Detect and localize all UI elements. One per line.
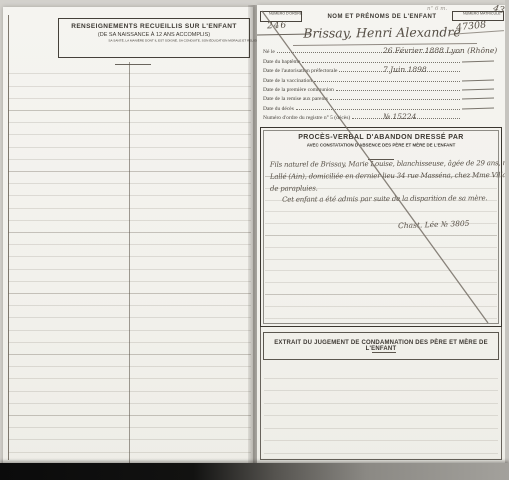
field-row-vaccination: Date de la vaccination [263, 74, 500, 83]
proces-verbal-title: PROCÈS-VERBAL D'ABANDON DRESSÉ PAR [261, 134, 501, 141]
left-page: RENSEIGNEMENTS RECUEILLIS SUR L'ENFANT (… [3, 7, 253, 464]
left-header-note: SA SANTÉ, LA MANIÈRE DONT IL EST SOIGNÉ,… [108, 39, 199, 42]
order-number-value: 246 [267, 21, 288, 32]
dotted-leader [296, 108, 460, 110]
dotted-leader [314, 80, 460, 82]
field-row-deces: Date du décès [263, 102, 500, 111]
left-header-box: RENSEIGNEMENTS RECUEILLIS SUR L'ENFANT (… [58, 18, 250, 58]
field-row-communion: Date de la première communion [263, 84, 500, 93]
right-page: NUMÉRO D'ORDRE 246 NOM ET PRÉNOMS DE L'E… [257, 5, 505, 464]
child-name-label: NOM ET PRÉNOMS DE L'ENFANT [307, 14, 457, 20]
corner-annotation: n° 6 m. [427, 6, 447, 12]
field-row-bapteme: Date du baptême [263, 55, 500, 64]
form-fields: Né le 26 Février 1888 Lyon (Rhône) Date … [263, 46, 500, 121]
field-row-birth: Né le 26 Février 1888 Lyon (Rhône) [263, 46, 500, 55]
ruled-lines-area [264, 366, 498, 456]
handwriting-line: Cet enfant a été admis par suite de la d… [270, 194, 496, 207]
proces-verbal-handwriting: Fils naturel de Brissay, Marie Louise, b… [270, 158, 496, 207]
ruled-lines-area [8, 62, 251, 466]
dotted-leader [330, 98, 460, 100]
empty-dash [462, 79, 494, 81]
field-row-remise: Date de la remise aux parents [263, 93, 500, 102]
proces-verbal-subtitle: AVEC CONSTATATION D'ABSENCE DES PÈRE ET … [299, 143, 462, 148]
left-header-title: RENSEIGNEMENTS RECUEILLIS SUR L'ENFANT [59, 23, 249, 30]
field-row-registre: Numéro d'ordre du registre n° 5 (décès) … [263, 112, 500, 121]
order-number-label: NUMÉRO D'ORDRE [269, 12, 293, 16]
scan-right-edge [505, 0, 509, 480]
scan-bottom-shadow [0, 463, 509, 480]
field-value: 26 Février 1888 Lyon (Rhône) [383, 46, 501, 55]
dotted-leader [302, 61, 460, 63]
divider-flourish [372, 352, 396, 353]
empty-dash [462, 60, 494, 62]
extrait-box: EXTRAIT DU JUGEMENT DE CONDAMNATION DES … [263, 332, 499, 360]
corner-page-number: 43 [492, 4, 505, 16]
field-value: 7 Juin 1898 [383, 65, 501, 74]
extrait-title: EXTRAIT DU JUGEMENT DE CONDAMNATION DES … [264, 340, 498, 352]
center-column-divider [129, 62, 130, 466]
child-name-value: Brissay, Henri Alexandre [287, 24, 477, 41]
lower-frame: PROCÈS-VERBAL D'ABANDON DRESSÉ PAR AVEC … [260, 127, 502, 460]
handwriting-line: Lallé (Ain), domiciliée en dernier lieu … [270, 170, 496, 183]
proces-verbal-box: PROCÈS-VERBAL D'ABANDON DRESSÉ PAR AVEC … [260, 127, 502, 327]
dotted-leader [336, 89, 460, 91]
register-scan: RENSEIGNEMENTS RECUEILLIS SUR L'ENFANT (… [0, 0, 509, 480]
empty-dash [462, 107, 494, 109]
field-label: Numéro d'ordre du registre n° 5 (décès) [263, 115, 352, 121]
left-header-subtitle: (DE SA NAISSANCE À 12 ANS ACCOMPLIS) [59, 32, 249, 38]
matricule-label: NUMÉRO MATRICULE [463, 12, 493, 16]
empty-dash [462, 98, 494, 100]
field-value: № 15224 [383, 112, 501, 121]
empty-dash [462, 88, 494, 90]
field-row-autorisation: Date de l'autorisation préfectorale 7 Ju… [263, 65, 500, 74]
